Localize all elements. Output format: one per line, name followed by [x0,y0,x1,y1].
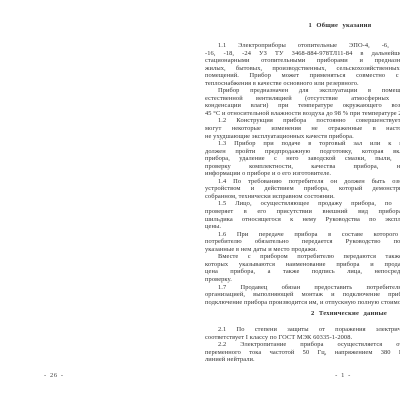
left-page: - 26 - [0,0,205,400]
left-page-number: - 26 - [44,372,64,379]
text-line: должен пройти предпродажную подготовку, … [205,148,400,156]
text-line: 1.4 По требованию потребителя он должен … [205,178,400,186]
paragraph: Прибор предназначен для эксплуатации в п… [205,87,400,117]
text-line: собранном, технически исправном состояни… [205,193,400,201]
text-line: подключение прибора производится им, и о… [205,299,400,307]
text-line: которых указываются наименование прибора… [205,261,400,269]
section-1-heading: 1 Общие указания [205,22,400,30]
paragraph: 1.2 Конструкция прибора постоянно соверш… [205,117,400,140]
text-line: потребителю обязательно передается Руков… [205,238,400,246]
text-line: Вместе с прибором потребителю передаются… [205,253,400,261]
text-line: переменного тока частотой 50 Гц, напряже… [205,349,400,357]
text-line: устройством и действием прибора, который… [205,185,400,193]
right-page-number: - 1 - [208,372,400,379]
text-line: 1.7 Продавец обязан предоставить потреби… [205,284,400,292]
text-line: конденсации влаги) при температуре окруж… [205,102,400,110]
text-line: не ухудшающие эксплуатационных качеств п… [205,133,400,141]
text-line: 2.2 Электропитание прибора осуществляетс… [205,341,400,349]
text-line: могут некоторые изменения не отраженные … [205,125,400,133]
text-line: Прибор предназначен для эксплуатации в п… [205,87,400,95]
text-line: 1.3 Прибор при подаче в торговый зал или… [205,140,400,148]
paragraph: Вместе с прибором потребителю передаются… [205,253,400,283]
paragraph: 1.6 При передаче прибора в составе котор… [205,231,400,254]
paragraph: 1.4 По требованию потребителя он должен … [205,178,400,201]
text-line: 2.1 По степени защиты от поражения элект… [205,326,400,334]
paragraph: 2.2 Электропитание прибора осуществляетс… [205,341,400,364]
paragraph: 1.7 Продавец обязан предоставить потреби… [205,284,400,307]
paragraph: 1.1 Электроприборы отопительные ЭПО-4, -… [205,42,400,87]
section-1-body: 1.1 Электроприборы отопительные ЭПО-4, -… [205,42,400,306]
text-line: стационарными отопительными приборами и … [205,57,400,65]
paragraph: 1.3 Прибор при подаче в торговый зал или… [205,140,400,178]
text-line: организацией, выполняющей монтаж и подкл… [205,291,400,299]
text-line: 1.2 Конструкция прибора постоянно соверш… [205,117,400,125]
text-line: естественной вентиляцией (отсутствие атм… [205,95,400,103]
paragraph: 2.1 По степени защиты от поражения элект… [205,326,400,341]
text-line: соответствует I классу по ГОСТ МЭК 60335… [205,334,400,342]
right-page: 1 Общие указания 1.1 Электроприборы отоп… [205,0,400,400]
text-line: теплоснабжения в качестве основного или … [205,80,400,88]
text-line: проверку. [205,276,400,284]
book-scan-spread: - 26 - 1 Общие указания 1.1 Электроприбо… [0,0,400,400]
text-line: помещений. Прибор может применяться совм… [205,72,400,80]
text-line: цены. [205,223,400,231]
text-line: 1.5 Лицо, осуществляющее продажу прибора… [205,200,400,208]
text-line: указанные в нем даты и место продажи. [205,246,400,254]
text-line: 1.6 При передаче прибора в составе котор… [205,231,400,239]
text-line: линией нейтрали. [205,356,400,364]
text-line: прибора, удаление с него заводской смазк… [205,155,400,163]
text-line: жилых, бытовых, производственных, сельск… [205,65,400,73]
text-line: цена прибора, а также подпись лица, непо… [205,268,400,276]
section-2-heading: 2 Технические данные [214,310,400,318]
text-line: 45 °С и относительной влажности воздуха … [205,110,400,118]
paragraph: 1.5 Лицо, осуществляющее продажу прибора… [205,200,400,230]
text-line: проверяет в его присутствии внешний вид … [205,208,400,216]
text-line: шильдика относящегося к нему Руководства… [205,216,400,224]
text-line: 1.1 Электроприборы отопительные ЭПО-4, -… [205,42,400,50]
section-2-body: 2.1 По степени защиты от поражения элект… [205,326,400,364]
text-line: проверку комплектности, качества прибора… [205,163,400,171]
text-line: -16, -18, -24 УЗ ТУ 3468-884-978ТЛ11-84 … [205,50,400,58]
text-line: информации о приборе и о его изготовител… [205,170,400,178]
